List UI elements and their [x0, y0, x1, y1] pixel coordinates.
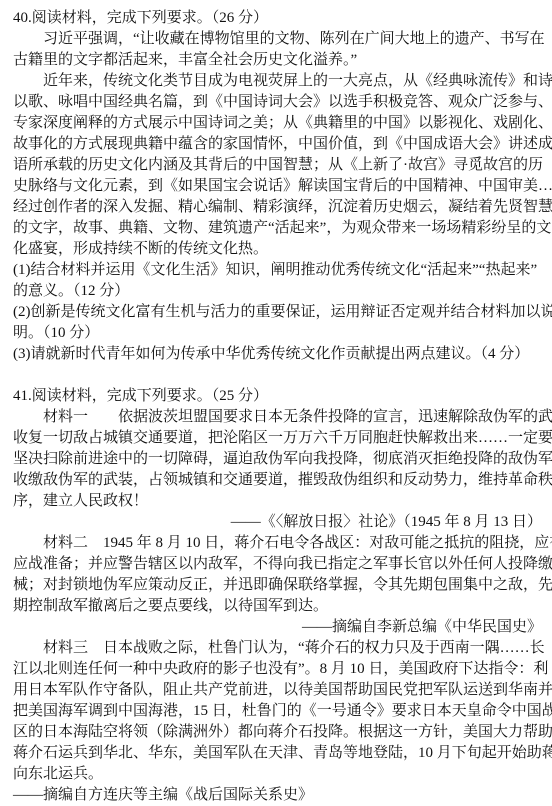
q41-material-3-line: 江以北则连任何一种中央政府的影子也没有”。8 月 10 日，美国政府下达指令：利: [13, 659, 542, 680]
q41-material-2-line: 期控制敌军撤离后之要点要线，以待国军到达。: [13, 596, 542, 617]
q41-material-1-line: 收复一切敌占城镇交通要道，把沦陷区一万万六千万同胞赶快解救出来……一定要: [13, 428, 542, 449]
q41-material-1-line: 收缴敌伪军的武装，占领城镇和交通要道，摧毁敌伪组织和反动势力，维持革命秩: [13, 470, 542, 491]
q41-material-2-line: 材料二 1945 年 8 月 10 日，蒋介石电令各战区：对敌可能之抵抗的阻挠，…: [13, 533, 542, 554]
q40-paragraph-2-line: 以歌、咏唱中国经典名篇，到《中国诗词大会》以选手积极竞答、观众广泛参与、: [13, 92, 542, 113]
q41-material-2-source: ——摘编自李新总编《中华民国史》: [13, 617, 542, 638]
q41-material-1-line: 材料一 依据波茨坦盟国要求日本无条件投降的宣言，迅速解除敌伪军的武装，: [13, 407, 542, 428]
q40-subquestion-1-line: (1)结合材料并运用《文化生活》知识，阐明推动优秀传统文化“活起来”“热起来”: [13, 260, 542, 281]
q40-paragraph-2-line: 的文字，故事、典籍、文物、建筑遗产“活起来”，为观众带来一场场精彩纷呈的文: [13, 218, 542, 239]
q40-paragraph-2-line: 化盛宴，形成持续不断的传统文化热。: [13, 239, 542, 260]
q41-material-3-line: 蒋介石运兵到华北、华东，美国军队在天津、青岛等地登陆，10 月下旬起开始助蒋: [13, 743, 542, 764]
q41-material-3-line: 向东北运兵。: [13, 764, 542, 785]
q40-subquestion-2-line: 明。（10 分）: [13, 323, 542, 344]
blank-line: [13, 365, 542, 386]
q41-material-3-line: 把美国海军调到中国海港，15 日，杜鲁门的《一号通令》要求日本天皇命令中国战: [13, 701, 542, 722]
q40-paragraph-1-line: 古籍里的文字都活起来，丰富全社会历史文化溢养。”: [13, 50, 542, 71]
q40-paragraph-2-line: 专家深度阐释的方式展示中国诗词之美；从《典籍里的中国》以影视化、戏剧化、: [13, 113, 542, 134]
q41-material-1-source: ——《〈解放日报〉社论》（1945 年 8 月 13 日）: [13, 512, 542, 533]
q40-paragraph-2-line: 故事化的方式展现典籍中蕴含的家国情怀，中国价值，到《中国成语大会》讲述成: [13, 134, 542, 155]
q40-paragraph-2-line: 经过创作者的深入发掘、精心编制、精彩演绎，沉淀着历史烟云，凝结着先贤智慧: [13, 197, 542, 218]
q41-material-1-line: 序，建立人民政权！: [13, 491, 542, 512]
exam-document-page: 40.阅读材料，完成下列要求。（26 分） 习近平强调，“让收藏在博物馆里的文物…: [0, 0, 552, 806]
q40-paragraph-2-line: 史脉络与文化元素，到《如果国宝会说话》解读国宝背后的中国精神、中国审美……: [13, 176, 542, 197]
q40-paragraph-2-line: 近年来，传统文化类节目成为电视荧屏上的一大亮点，从《经典咏流传》和诗: [13, 71, 542, 92]
q41-material-3-line: 用日本军队作守备队，阻止共产党前进，以待美国帮助国民党把军队运送到华南并: [13, 680, 542, 701]
q40-subquestion-3-line: (3)请就新时代青年如何为传承中华优秀传统文化作贡献提出两点建议。（4 分）: [13, 344, 542, 365]
q41-material-3-source: ——摘编自方连庆等主编《战后国际关系史》: [13, 785, 542, 806]
q40-subquestion-2-line: (2)创新是传统文化富有生机与活力的重要保证，运用辩证否定观并结合材料加以说: [13, 302, 542, 323]
q40-paragraph-2-line: 语所承载的历史文化内涵及其背后的中国智慧；从《上新了·故宫》寻觅故宫的历: [13, 155, 542, 176]
q41-material-3-line: 材料三 日本战败之际，杜鲁门认为，“蒋介石的权力只及于西南一隅……长: [13, 638, 542, 659]
question-40-header: 40.阅读材料，完成下列要求。（26 分）: [13, 8, 542, 29]
q41-material-2-line: 应战准备；并应警告辖区以内敌军，不得向我已指定之军事长官以外任何人投降缴: [13, 554, 542, 575]
question-41-header: 41.阅读材料，完成下列要求。（25 分）: [13, 386, 542, 407]
q41-material-2-line: 械；对封锁地伪军应策动反正，并迅即确保联络掌握，令其先期包围集中之敌，先: [13, 575, 542, 596]
q41-material-1-line: 坚决扫除前进途中的一切障碍，逼迫敌伪军向我投降，彻底消灭拒绝投降的敌伪军，: [13, 449, 542, 470]
q40-paragraph-1-line: 习近平强调，“让收藏在博物馆里的文物、陈列在广间大地上的遗产、书写在: [13, 29, 542, 50]
q40-subquestion-1-line: 的意义。（12 分）: [13, 281, 542, 302]
q41-material-3-line: 区的日本海陆空将领（除满洲外）都向蒋介石投降。根据这一方针，美国大力帮助: [13, 722, 542, 743]
